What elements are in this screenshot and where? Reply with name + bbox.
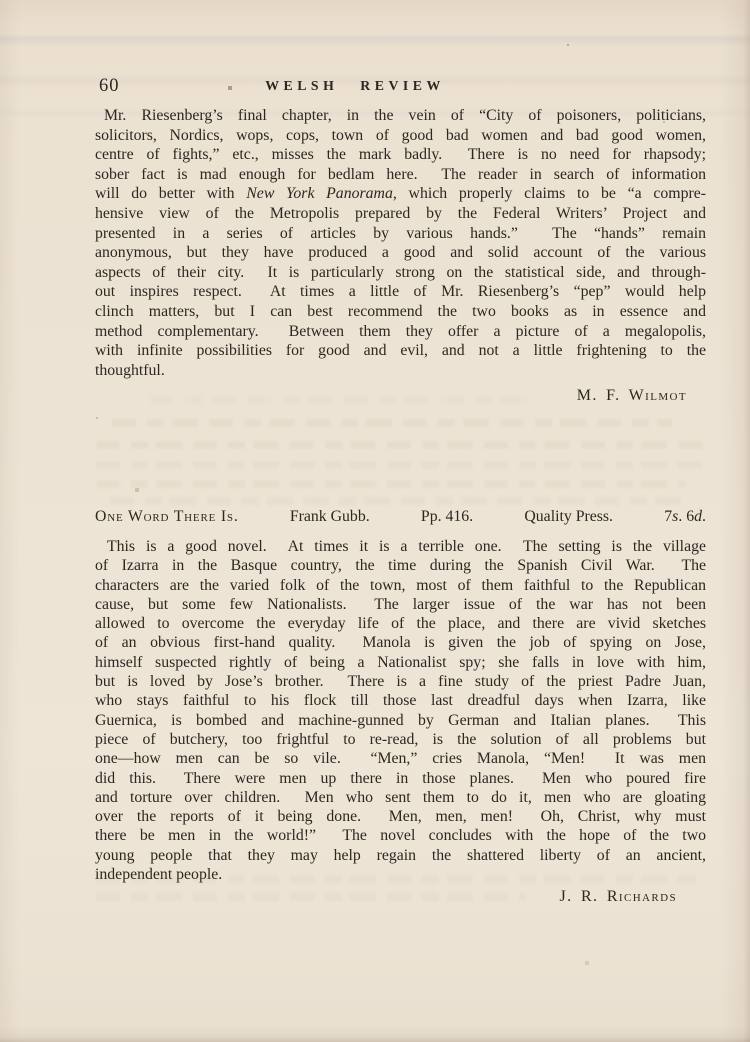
text-line: himself suspected rightly of being a Nat… <box>95 653 706 672</box>
text-line: out inspires respect. At times a little … <box>95 282 706 302</box>
text-line: of an obvious first-hand quality. Manola… <box>95 633 706 652</box>
show-through-line <box>96 875 696 883</box>
text-line: of Izarra in the Basque country, the tim… <box>95 556 706 575</box>
text-line: cause, but some few Nationalists. The la… <box>95 595 706 614</box>
show-through-line <box>110 497 685 505</box>
text-line: Mr. Riesenberg’s final chapter, in the v… <box>95 106 706 126</box>
text-line: method complementary. Between them they … <box>95 322 706 342</box>
show-through-line <box>96 480 686 488</box>
text-line: aspects of their city. It is particularl… <box>95 263 706 283</box>
text-line: young people that they may help regain t… <box>95 846 706 865</box>
book-heading: One Word There Is. Frank Gubb. Pp. 416. … <box>95 508 706 526</box>
text-line: characters are the varied folk of the to… <box>95 576 706 595</box>
show-through-line <box>96 461 702 469</box>
text-line: thoughtful. <box>95 361 706 381</box>
text-line: who stays faithful to his flock till tho… <box>95 691 706 710</box>
running-title: WELSH REVIEW <box>265 78 445 94</box>
text-line: clinch matters, but I can best recommend… <box>95 302 706 322</box>
book-price: 7s. 6d. <box>664 508 706 526</box>
text-line: allowed to overcome the everyday life of… <box>95 614 706 633</box>
text-line: solicitors, Nordics, wops, cops, town of… <box>95 126 706 146</box>
text-line: with infinite possibilities for good and… <box>95 341 706 361</box>
page-number: 60 <box>99 76 120 97</box>
book-author: Frank Gubb. <box>290 508 370 526</box>
book-publisher: Quality Press. <box>524 508 613 526</box>
text-line: anonymous, but they have produced a good… <box>95 243 706 263</box>
page-header: 60 WELSH REVIEW <box>95 76 706 98</box>
scanned-book-page: 60 WELSH REVIEW Mr. Riesenberg’s final c… <box>0 0 750 1042</box>
text-line: and torture over children. Men who sent … <box>95 788 706 807</box>
text-line: presented in a series of articles by var… <box>95 224 706 244</box>
show-through-line <box>112 419 672 427</box>
review-text-wilmot: Mr. Riesenberg’s final chapter, in the v… <box>95 106 706 380</box>
text-line: did this. There were men up there in tho… <box>95 769 706 788</box>
text-line: will do better with New York Panorama, w… <box>95 184 706 204</box>
paper-specks <box>0 0 2 2</box>
text-line: hensive view of the Metropolis prepared … <box>95 204 706 224</box>
text-line: over the reports of it being done. Men, … <box>95 807 706 826</box>
text-line: there be men in the world!” The novel co… <box>95 826 706 845</box>
text-line: sober fact is mad enough for bedlam here… <box>95 165 706 185</box>
text-line: Guernica, is bombed and machine-gunned b… <box>95 711 706 730</box>
text-line: but is loved by Jose’s brother. There is… <box>95 672 706 691</box>
scan-artifact-band <box>0 34 750 46</box>
text-line: This is a good novel. At times it is a t… <box>95 537 706 556</box>
text-line: centre of fights,” etc., misses the mark… <box>95 145 706 165</box>
show-through-line <box>96 441 702 449</box>
book-pages: Pp. 416. <box>421 508 473 526</box>
book-title: One Word There Is. <box>95 508 239 526</box>
text-line: one—how men can be so vile. “Men,” cries… <box>95 749 706 768</box>
review-text-richards: This is a good novel. At times it is a t… <box>95 537 706 884</box>
reviewer-signature-richards: J. R. Richards <box>95 888 677 906</box>
show-through-line <box>150 396 530 404</box>
text-line: piece of butchery, too frightful to re-r… <box>95 730 706 749</box>
